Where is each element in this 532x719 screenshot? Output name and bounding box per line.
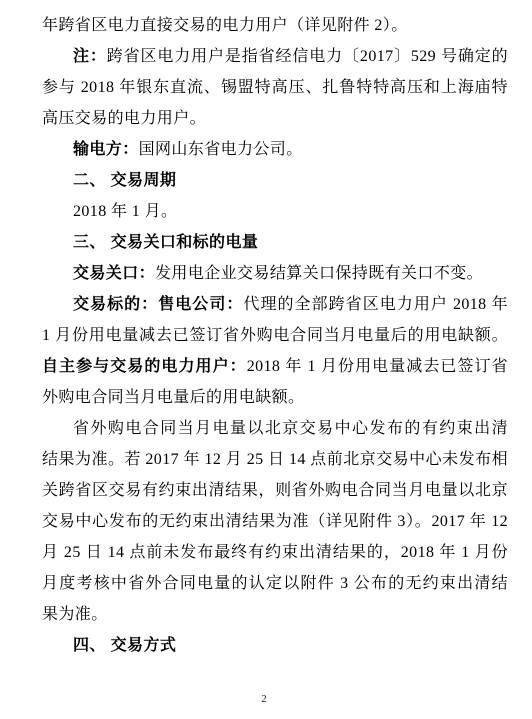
page-number: 2 (0, 692, 528, 706)
text-line: 自主参与交易的电力用户：2018 年 1 月份用电量减去已签订省 (42, 351, 508, 382)
text-line: 果为准。 (42, 599, 508, 630)
body-text-segment: 国网山东省电力公司。 (139, 141, 303, 158)
text-line: 注：跨省区电力用户是指省经信电力〔2017〕529 号确定的 (42, 41, 508, 72)
bold-label-text: 交易标的：售电公司： (73, 296, 243, 313)
body-text-segment: 高压交易的电力用户。 (42, 110, 206, 127)
body-text-segment: 果为准。 (42, 606, 108, 623)
body-text-segment: 结果为准。若 2017 年 12 月 25 日 14 点前北京交易中心未发布相 (42, 451, 508, 468)
body-text-segment: 跨省区电力用户是指省经信电力〔2017〕529 号确定的 (107, 48, 508, 65)
text-line: 年跨省区电力直接交易的电力用户（详见附件 2）。 (42, 10, 508, 41)
body-text-segment: 交易中心发布的无约束出清结果为准（详见附件 3）。2017 年 12 (42, 513, 508, 530)
text-line: 结果为准。若 2017 年 12 月 25 日 14 点前北京交易中心未发布相 (42, 444, 508, 475)
body-text-segment: 发用电企业交易结算关口保持既有关口不变。 (155, 265, 483, 282)
text-line: 月 25 日 14 点前未发布最终有约束出清结果的，2018 年 1 月份 (42, 537, 508, 568)
text-line: 交易关口：发用电企业交易结算关口保持既有关口不变。 (42, 258, 508, 289)
text-line: 输电方：国网山东省电力公司。 (42, 134, 508, 165)
body-text-segment: 2018 年 1 月。 (73, 203, 177, 220)
body-text-segment: 参与 2018 年银东直流、锡盟特高压、扎鲁特特高压和上海庙特 (42, 79, 508, 96)
body-text-segment: 外购电合同当月电量后的用电缺额。 (42, 389, 304, 406)
body-text-segment: 月 25 日 14 点前未发布最终有约束出清结果的，2018 年 1 月份 (42, 544, 508, 561)
text-line: 外购电合同当月电量后的用电缺额。 (42, 382, 508, 413)
bold-label-text: 自主参与交易的电力用户： (42, 358, 247, 375)
bold-label-text: 输电方： (73, 141, 139, 158)
body-text-segment: 年跨省区电力直接交易的电力用户（详见附件 2）。 (42, 17, 408, 34)
text-line: 交易中心发布的无约束出清结果为准（详见附件 3）。2017 年 12 (42, 506, 508, 537)
body-text-segment: 省外购电合同当月电量以北京交易中心发布的有约束出清 (73, 420, 508, 437)
bold-label-text: 四、 交易方式 (73, 637, 176, 654)
text-line: 参与 2018 年银东直流、锡盟特高压、扎鲁特特高压和上海庙特 (42, 72, 508, 103)
text-line: 关跨省区交易有约束出清结果，则省外购电合同当月电量以北京 (42, 475, 508, 506)
text-line: 交易标的：售电公司：代理的全部跨省区电力用户 2018 年 (42, 289, 508, 320)
text-line: 月度考核中省外合同电量的认定以附件 3 公布的无约束出清结 (42, 568, 508, 599)
bold-label-text: 注： (73, 48, 107, 65)
body-text-segment: 1 月份用电量减去已签订省外购电合同当月电量后的用电缺额。 (42, 327, 508, 344)
bold-label-text: 交易关口： (73, 265, 155, 282)
document-body: 年跨省区电力直接交易的电力用户（详见附件 2）。注：跨省区电力用户是指省经信电力… (42, 10, 508, 661)
body-text-segment: 关跨省区交易有约束出清结果，则省外购电合同当月电量以北京 (42, 482, 508, 499)
bold-label-text: 三、 交易关口和标的电量 (73, 234, 258, 251)
text-line: 省外购电合同当月电量以北京交易中心发布的有约束出清 (42, 413, 508, 444)
document-page: 年跨省区电力直接交易的电力用户（详见附件 2）。注：跨省区电力用户是指省经信电力… (0, 0, 532, 719)
text-line: 1 月份用电量减去已签订省外购电合同当月电量后的用电缺额。 (42, 320, 508, 351)
heading-line: 四、 交易方式 (42, 630, 508, 661)
heading-line: 二、 交易周期 (42, 165, 508, 196)
body-text-segment: 月度考核中省外合同电量的认定以附件 3 公布的无约束出清结 (42, 575, 508, 592)
heading-line: 三、 交易关口和标的电量 (42, 227, 508, 258)
text-line: 高压交易的电力用户。 (42, 103, 508, 134)
body-text-segment: 代理的全部跨省区电力用户 2018 年 (243, 296, 508, 313)
bold-label-text: 二、 交易周期 (73, 172, 176, 189)
body-text-segment: 2018 年 1 月份用电量减去已签订省 (247, 358, 508, 375)
text-line: 2018 年 1 月。 (42, 196, 508, 227)
